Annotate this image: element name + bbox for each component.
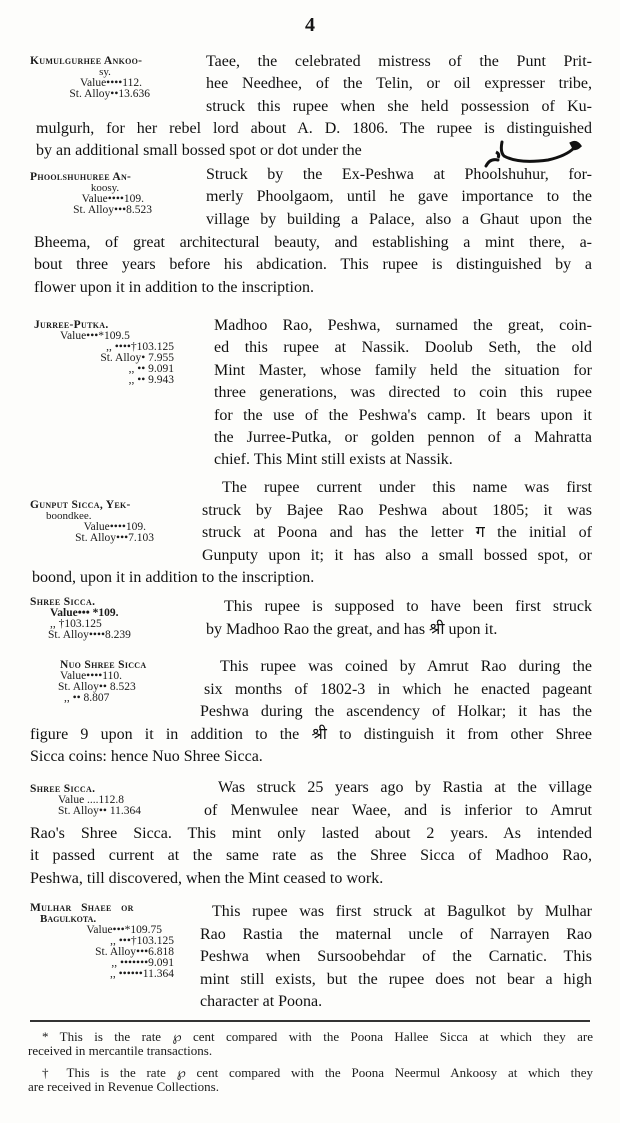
paragraph-nuo-shree-sicca-cont: figure 9 upon it in addition to the श्री… (30, 724, 592, 769)
text-line: The rupee current under this name was fi… (222, 477, 592, 499)
sidenote-mulhar-shaee: Mulhar Shaee or Bagulkota. Value•••*109.… (30, 903, 180, 980)
text-line: character at Poona. (200, 991, 592, 1013)
text-line: Peshwa during the ascendency of Holkar; … (200, 701, 592, 723)
text-line: six months of 1802-3 in which he enacted… (200, 679, 592, 701)
sidenote-alloy: St. Alloy•• 11.364 (30, 806, 180, 817)
document-page: 4 Kumulgurhee Ankoo- sy. Value••••112. S… (0, 0, 620, 1123)
paragraph-nuo-shree-sicca: This rupee was coined by Amrut Rao durin… (220, 656, 592, 678)
footnote-line: † This is the rate ℘ cent compared with … (28, 1066, 593, 1080)
footnote-line: are received in Revenue Collections. (28, 1080, 593, 1094)
footnote-dagger: † This is the rate ℘ cent compared with … (28, 1066, 593, 1094)
page-number: 4 (0, 14, 620, 37)
paragraph-shree-sicca: This rupee is supposed to have been firs… (224, 596, 592, 618)
text-line: Gunputy upon it; it has also a small bos… (202, 545, 592, 567)
footnote-divider (30, 1020, 590, 1022)
text-line: This rupee was coined by Amrut Rao durin… (220, 656, 592, 678)
paragraph-nuo-shree-sicca-body: six months of 1802-3 in which he enacted… (200, 679, 592, 724)
sidenote-alloy: St. Alloy•••8.523 (30, 205, 180, 216)
paragraph-phoolshuhuree-cont: Bheema, of great architectural beauty, a… (34, 232, 592, 299)
footnote-line: * This is the rate ℘ cent compared with … (28, 1030, 593, 1044)
paragraph-kumulgurhee: Taee, the celebrated mistress of the Pun… (206, 51, 592, 118)
sidenote-shree-sicca-rastia: Shree Sicca. Value ....112.8 St. Alloy••… (30, 784, 180, 817)
text-line: This rupee is supposed to have been firs… (224, 596, 592, 618)
paragraph-mulhar-shaee-body: Rao Rastia the maternal uncle of Narraye… (200, 924, 592, 1014)
text-line: boond, upon it in addition to the inscri… (32, 567, 592, 589)
text-line: Was struck 25 years ago by Rastia at the… (218, 777, 592, 799)
text-line: This rupee was first struck at Bagulkot … (212, 901, 592, 923)
sidenote-phoolshuhuree: Phoolshuhuree An- koosy. Value••••109. S… (30, 172, 180, 216)
paragraph-shree-sicca-rastia-body: of Menwulee near Waee, and is inferior t… (204, 800, 592, 822)
paragraph-gunput-sicca-body: struck by Bajee Rao Peshwa about 1805; i… (202, 500, 592, 567)
sidenote-alloy-alt: ,, •• 8.807 (30, 693, 180, 704)
sidenote-kumulgurhee: Kumulgurhee Ankoo- sy. Value••••112. St.… (30, 56, 180, 100)
paragraph-mulhar-shaee: This rupee was first struck at Bagulkot … (212, 901, 592, 923)
text-line: struck by Bajee Rao Peshwa about 1805; i… (202, 500, 592, 522)
text-line: struck this rupee when she held possessi… (206, 96, 592, 118)
paragraph-shree-sicca-rastia: Was struck 25 years ago by Rastia at the… (218, 777, 592, 799)
text-line: Taee, the celebrated mistress of the Pun… (206, 51, 592, 73)
text-line: mint still exists, but the rupee does no… (200, 969, 592, 991)
text-line: by Madhoo Rao the great, and has श्री up… (206, 619, 592, 641)
text-line: Peshwa, till discovered, when the Mint c… (30, 868, 592, 890)
text-line: Mint Master, whose family held the situa… (214, 360, 592, 382)
sidenote-alloy-alt: ,, ••••••11.364 (30, 969, 180, 980)
text-line: Rao's Shree Sicca. This mint only lasted… (30, 823, 592, 845)
text-line: chief. This Mint still exists at Nassik. (214, 449, 592, 471)
text-line: Bheema, of great architectural beauty, a… (34, 232, 592, 254)
sidenote-alloy-alt: ,, •• 9.943 (30, 375, 180, 386)
paragraph-gunput-sicca: The rupee current under this name was fi… (222, 477, 592, 499)
text-line: ed this rupee at Nassik. Doolub Seth, th… (214, 337, 592, 359)
text-line: it passed current at the same rate as th… (30, 845, 592, 867)
paragraph-shree-sicca-rastia-cont: Rao's Shree Sicca. This mint only lasted… (30, 823, 592, 890)
paragraph-phoolshuhuree: Struck by the Ex-Peshwa at Phoolshuhur, … (206, 164, 592, 231)
text-line: Rao Rastia the maternal uncle of Narraye… (200, 924, 592, 946)
text-line: bout three years before his abdication. … (34, 254, 592, 276)
text-line: for the use of the Peshwa's camp. It bea… (214, 405, 592, 427)
footnote-asterisk: * This is the rate ℘ cent compared with … (28, 1030, 593, 1058)
paragraph-gunput-sicca-cont: boond, upon it in addition to the inscri… (32, 567, 592, 589)
sidenote-nuo-shree-sicca: Nuo Shree Sicca Value••••110. St. Alloy•… (30, 660, 180, 704)
paragraph-shree-sicca-body: by Madhoo Rao the great, and has श्री up… (206, 619, 592, 641)
sidenote-shree-sicca: Shree Sicca. Value••• *109. ,, †103.125 … (30, 597, 180, 641)
text-line: village by building a Palace, also a Gha… (206, 209, 592, 231)
sidenote-gunput-sicca: Gunput Sicca, Yek- boondkee. Value••••10… (30, 500, 180, 544)
text-line: Struck by the Ex-Peshwa at Phoolshuhur, … (206, 164, 592, 186)
text-line: the Jurree-Putka, or golden pennon of a … (214, 427, 592, 449)
text-line: hee Needhee, of the Telin, or oil expres… (206, 73, 592, 95)
sidenote-jurree-putka: Jurree-Putka. Value•••*109.5 ,, ••••†103… (30, 320, 180, 386)
paragraph-jurree-putka: Madhoo Rao, Peshwa, surnamed the great, … (214, 315, 592, 472)
text-line: three generations, was directed to coin … (214, 382, 592, 404)
footnote-line: received in mercantile transactions. (28, 1044, 593, 1058)
sidenote-alloy: St. Alloy••••8.239 (30, 630, 180, 641)
sidenote-alloy: St. Alloy•••7.103 (30, 533, 180, 544)
text-line: merly Phoolgaom, until he gave importanc… (206, 186, 592, 208)
text-line: flower upon it in addition to the inscri… (34, 277, 592, 299)
text-line: of Menwulee near Waee, and is inferior t… (204, 800, 592, 822)
text-line: Sicca coins: hence Nuo Shree Sicca. (30, 746, 592, 768)
sidenote-title: Kumulgurhee Ankoo- (30, 55, 142, 67)
text-line: figure 9 upon it in addition to the श्री… (30, 724, 592, 746)
sidenote-alloy: St. Alloy••13.636 (30, 89, 180, 100)
text-line: struck at Poona and has the letter ग the… (202, 522, 592, 544)
text-line: Madhoo Rao, Peshwa, surnamed the great, … (214, 315, 592, 337)
text-line: Peshwa when Sursoobehdar of the Carnatic… (200, 946, 592, 968)
